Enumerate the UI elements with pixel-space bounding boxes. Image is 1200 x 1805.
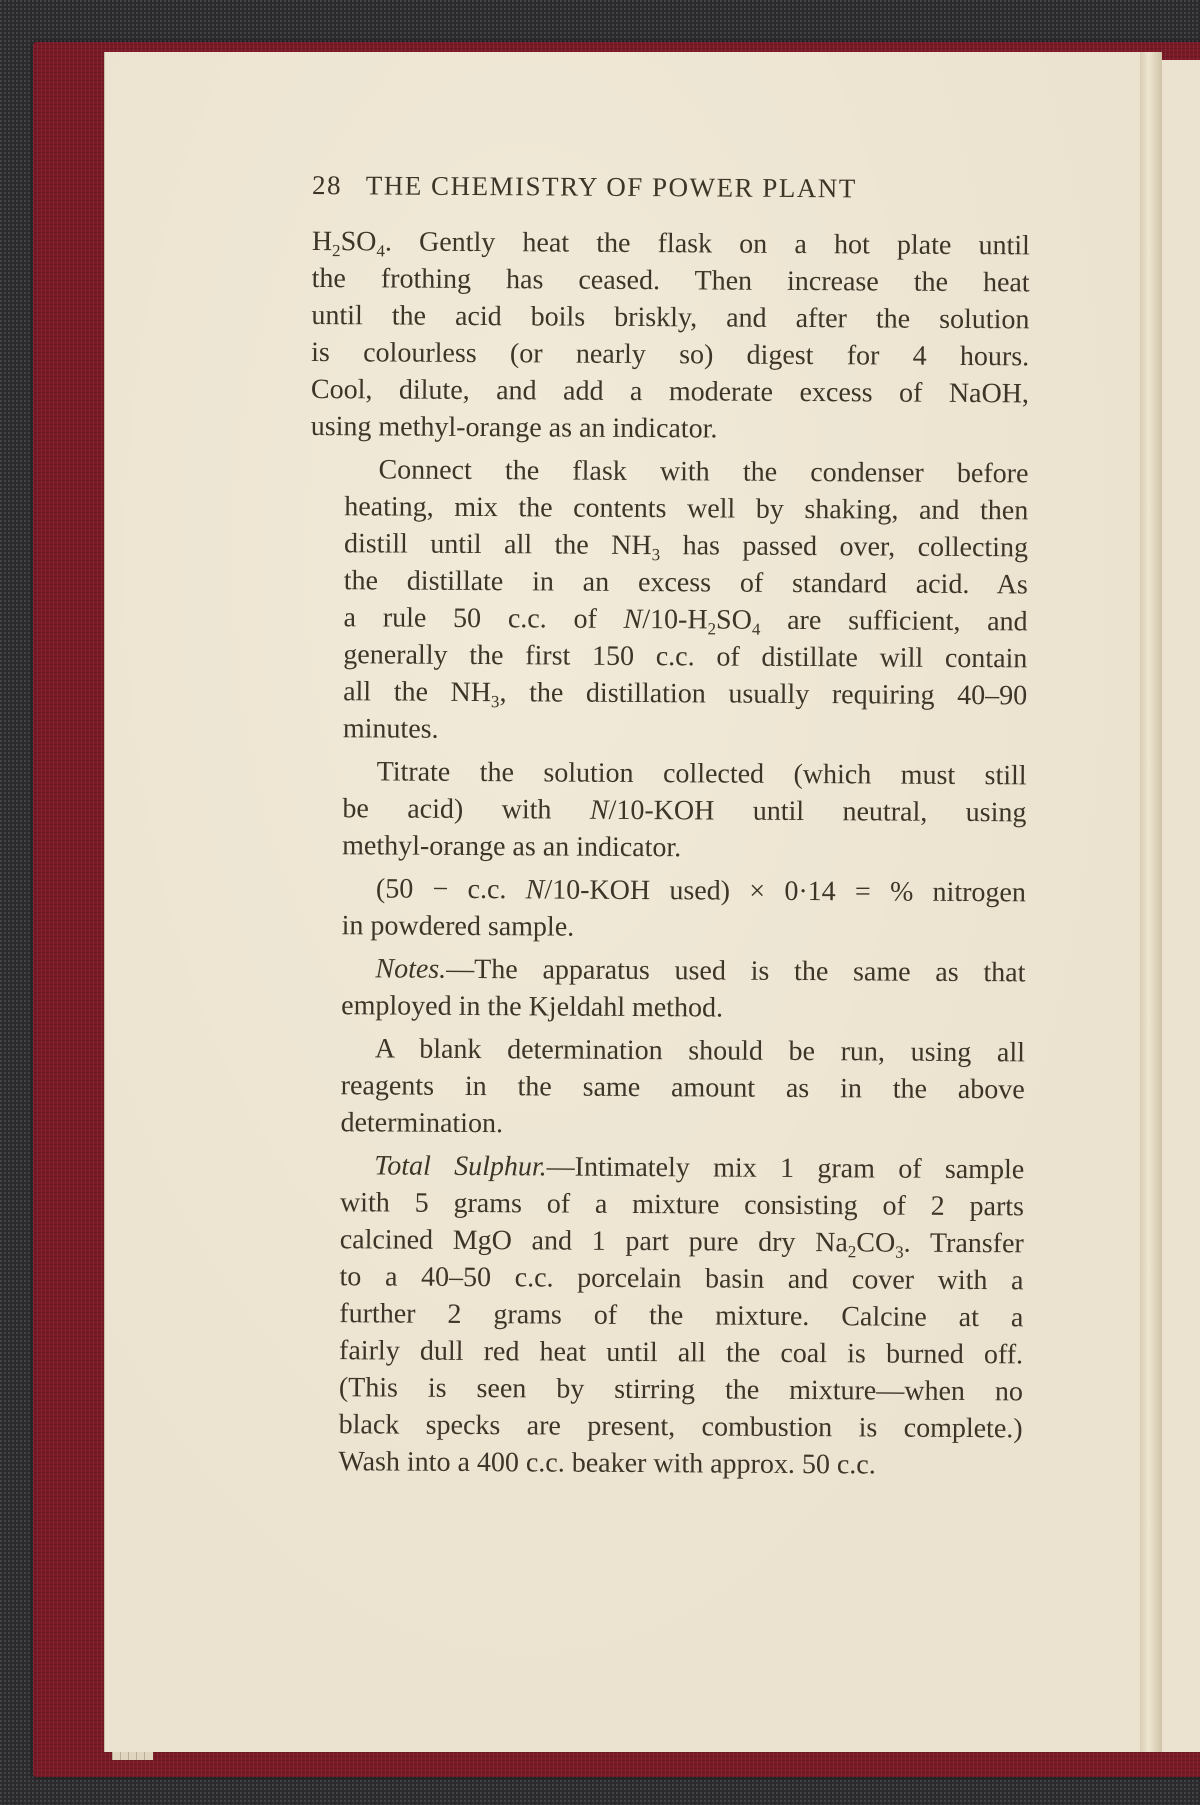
subscript: 3 — [652, 545, 661, 564]
page-text-block: 28 THE CHEMISTRY OF POWER PLANT H2SO4. G… — [312, 170, 1030, 1486]
running-head: 28 THE CHEMISTRY OF POWER PLANT — [312, 170, 1030, 205]
page-number: 28 — [312, 170, 342, 200]
text-line: Titrate the solution collected (which mu… — [309, 753, 1027, 794]
text-line: Wash into a 400 c.c. beaker with approx.… — [304, 1443, 1022, 1484]
paragraph-titrate: Titrate the solution collected (which mu… — [308, 753, 1027, 868]
text-line: (This is seen by stirring the mixture—wh… — [305, 1369, 1023, 1410]
subscript: 3 — [491, 692, 500, 711]
text-line: with 5 grams of a mixture consisting of … — [306, 1184, 1024, 1225]
text-line: be acid) with N/10-KOH until neutral, us… — [308, 790, 1026, 831]
text-line: A blank determination should be run, usi… — [307, 1030, 1025, 1071]
text-line: to a 40–50 c.c. porcelain basin and cove… — [305, 1258, 1023, 1299]
subscript: 2 — [708, 619, 717, 638]
subscript: 3 — [895, 1243, 904, 1262]
text-line: H2SO4. Gently heat the flask on a hot pl… — [312, 223, 1030, 264]
text-line: black specks are present, combustion is … — [305, 1406, 1023, 1447]
text-line: generally the first 150 c.c. of distilla… — [309, 636, 1027, 677]
text-line: Total Sulphur.—Intimately mix 1 gram of … — [306, 1147, 1024, 1188]
subscript: 2 — [848, 1242, 857, 1261]
paragraph-sulphur: Total Sulphur.—Intimately mix 1 gram of … — [304, 1147, 1024, 1484]
text-line: the frothing has ceased. Then increase t… — [312, 260, 1030, 301]
text-line: until the acid boils briskly, and after … — [311, 297, 1029, 338]
italic-text: N — [526, 874, 545, 905]
text-line: in powdered sample. — [308, 907, 1026, 948]
italic-text: Notes. — [375, 953, 446, 984]
text-line: fairly dull red heat until all the coal … — [305, 1332, 1023, 1373]
page-gutter — [1140, 52, 1162, 1752]
text-line: Notes.—The apparatus used is the same as… — [307, 950, 1025, 991]
paragraph-formula: (50 − c.c. N/10-KOH used) × 0·14 = % nit… — [308, 870, 1026, 948]
text-line: minutes. — [309, 710, 1027, 751]
paragraph-distill: Connect the flask with the condenser bef… — [309, 451, 1029, 751]
subscript: 2 — [332, 241, 341, 260]
text-line: methyl-orange as an indicator. — [308, 827, 1026, 868]
text-line: determination. — [306, 1104, 1024, 1145]
text-line: calcined MgO and 1 part pure dry Na2CO3.… — [306, 1221, 1024, 1262]
text-line: a rule 50 c.c. of N/10-H2SO4 are suffici… — [309, 599, 1027, 640]
text-line: further 2 grams of the mixture. Calcine … — [305, 1295, 1023, 1336]
text-line: (50 − c.c. N/10-KOH used) × 0·14 = % nit… — [308, 870, 1026, 911]
text-line: distill until all the NH3 has passed ove… — [310, 525, 1028, 566]
subscript: 4 — [376, 241, 385, 260]
subscript: 4 — [752, 620, 761, 639]
italic-text: N — [590, 795, 609, 826]
body-text: H2SO4. Gently heat the flask on a hot pl… — [304, 223, 1030, 1484]
paragraph-blank: A blank determination should be run, usi… — [306, 1030, 1025, 1145]
facing-page-edge — [1162, 60, 1200, 1752]
text-line: the distillate in an excess of standard … — [310, 562, 1028, 603]
text-line: Connect the flask with the condenser bef… — [310, 451, 1028, 492]
paragraph-notes: Notes.—The apparatus used is the same as… — [307, 950, 1025, 1028]
italic-text: N — [624, 604, 643, 635]
text-line: is colourless (or nearly so) digest for … — [311, 334, 1029, 375]
text-line: Cool, dilute, and add a moderate excess … — [311, 371, 1029, 412]
text-line: employed in the Kjeldahl method. — [307, 987, 1025, 1028]
text-line: all the NH3, the distillation usually re… — [309, 673, 1027, 714]
italic-text: Total Sulphur. — [374, 1150, 547, 1182]
text-line: heating, mix the contents well by shakin… — [310, 488, 1028, 529]
paragraph-digest: H2SO4. Gently heat the flask on a hot pl… — [311, 223, 1030, 449]
text-line: using methyl-orange as an indicator. — [311, 408, 1029, 449]
text-line: reagents in the same amount as in the ab… — [307, 1067, 1025, 1108]
running-head-title: THE CHEMISTRY OF POWER PLANT — [366, 170, 857, 203]
